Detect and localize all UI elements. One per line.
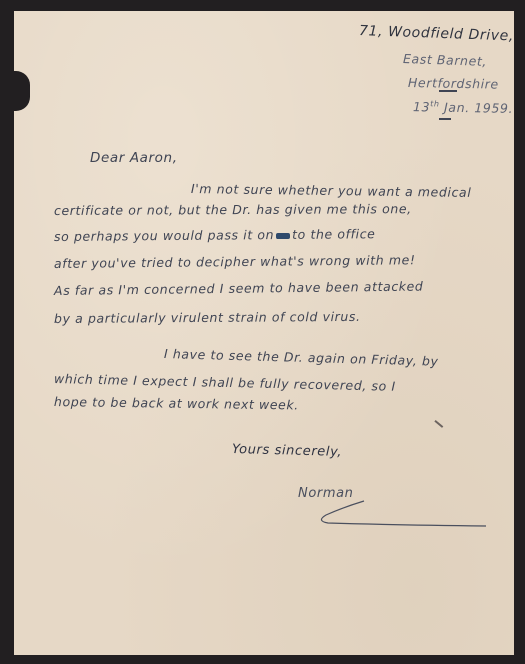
date-suffix: th xyxy=(430,99,440,108)
body-line: after you've tried to decipher what's wr… xyxy=(54,252,416,271)
signature-flourish-icon xyxy=(314,499,489,529)
body-line: I'm not sure whether you want a medical xyxy=(191,181,472,200)
body-line: hope to be back at work next week. xyxy=(54,394,299,412)
date-underline xyxy=(439,118,451,120)
address-line-town: East Barnet, xyxy=(403,51,487,69)
address-line-street: 71, Woodfield Drive, xyxy=(359,23,514,44)
body-line: I have to see the Dr. again on Friday, b… xyxy=(164,346,439,369)
body-line-part: so perhaps you would pass it on xyxy=(54,227,274,244)
body-line: so perhaps you would pass it onto the of… xyxy=(54,226,376,244)
body-line: which time I expect I shall be fully rec… xyxy=(54,371,396,394)
body-line: As far as I'm concerned I seem to have b… xyxy=(54,278,424,298)
page-edge-notch xyxy=(14,71,30,111)
body-line-part: to the office xyxy=(292,226,375,242)
closing: Yours sincerely, xyxy=(232,442,342,460)
letter-page: 71, Woodfield Drive, East Barnet, Hertfo… xyxy=(14,11,514,655)
ink-blot-crossout xyxy=(276,232,290,238)
address-underline xyxy=(439,90,457,92)
date-month-year: Jan. 1959. xyxy=(444,100,513,116)
stray-pen-mark xyxy=(435,420,444,428)
letter-date: 13th Jan. 1959. xyxy=(413,99,513,116)
body-line: certificate or not, but the Dr. has give… xyxy=(54,201,412,218)
salutation: Dear Aaron, xyxy=(90,150,178,166)
date-day: 13 xyxy=(413,99,430,114)
scanned-letter: 71, Woodfield Drive, East Barnet, Hertfo… xyxy=(0,0,525,664)
body-line: by a particularly virulent strain of col… xyxy=(54,309,361,326)
